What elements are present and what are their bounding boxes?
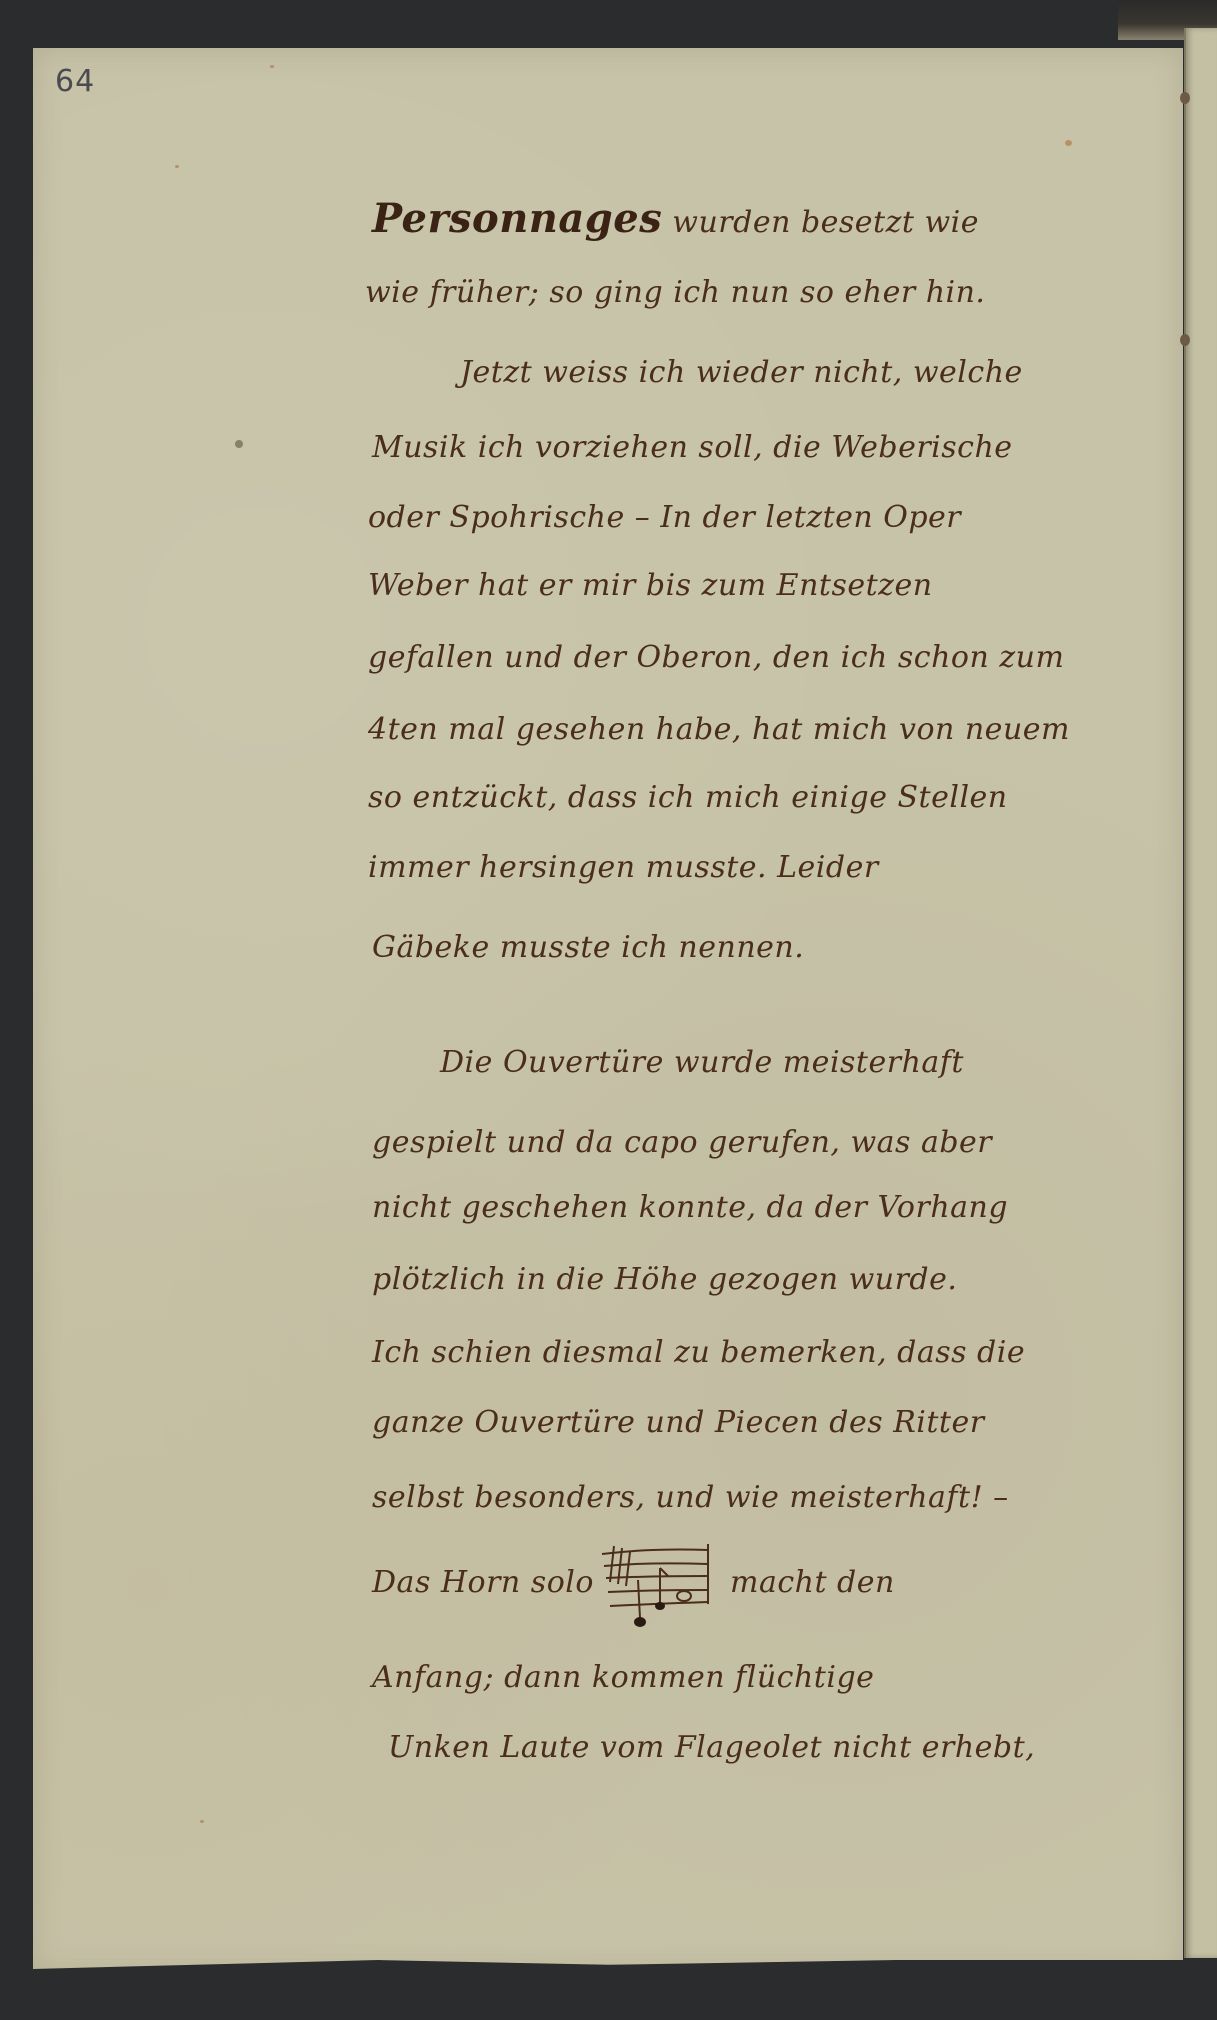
paper-speck xyxy=(1065,140,1072,146)
manuscript-line-8: 4ten mal gesehen habe, hat mich von neue… xyxy=(368,712,1070,747)
paper-speck xyxy=(200,1820,204,1823)
manuscript-line-19: Das Horn solo xyxy=(372,1565,594,1600)
binding-stitch xyxy=(1180,92,1190,104)
manuscript-line-13: gespielt und da capo gerufen, was aber xyxy=(372,1125,992,1160)
manuscript-line-4: Musik ich vorziehen soll, die Weberische xyxy=(372,430,1013,465)
manuscript-line-7: gefallen und der Oberon, den ich schon z… xyxy=(368,640,1064,675)
manuscript-line-6: Weber hat er mir bis zum Entsetzen xyxy=(368,568,933,603)
page-bottom-edge xyxy=(33,1960,1183,2020)
manuscript-line-16: Ich schien diesmal zu bemerken, dass die xyxy=(372,1335,1025,1370)
paper-stain xyxy=(235,440,243,448)
binding-stitch xyxy=(1180,334,1190,346)
manuscript-line-10: immer hersingen musste. Leider xyxy=(368,850,879,885)
emphasized-word: Personnages xyxy=(372,195,662,242)
manuscript-line-3: Jetzt weiss ich wieder nicht, welche xyxy=(460,355,1023,390)
manuscript-line-19-continued: macht den xyxy=(730,1565,895,1600)
manuscript-line-9: so entzückt, dass ich mich einige Stelle… xyxy=(368,780,1008,815)
music-notation-icon xyxy=(600,1540,710,1630)
page-number: 64 xyxy=(55,64,95,99)
manuscript-line-14: nicht geschehen konnte, da der Vorhang xyxy=(372,1190,1008,1225)
paper-speck xyxy=(270,65,274,68)
paper-speck xyxy=(175,165,179,168)
book-gutter-facing-page xyxy=(1184,28,1217,1958)
manuscript-line-17: ganze Ouvertüre und Piecen des Ritter xyxy=(372,1405,985,1440)
manuscript-line-12: Die Ouvertüre wurde meisterhaft xyxy=(440,1045,964,1080)
manuscript-line-5: oder Spohrische – In der letzten Oper xyxy=(368,500,961,535)
manuscript-line-1: Personnages wurden besetzt wie xyxy=(372,195,979,242)
manuscript-line-2: wie früher; so ging ich nun so eher hin. xyxy=(365,275,985,310)
manuscript-line-11: Gäbeke musste ich nennen. xyxy=(372,930,804,965)
manuscript-line-20: Anfang; dann kommen flüchtige xyxy=(372,1660,874,1695)
manuscript-line-18: selbst besonders, und wie meisterhaft! – xyxy=(372,1480,1009,1515)
manuscript-line-21: Unken Laute vom Flageolet nicht erhebt, xyxy=(388,1730,1035,1765)
manuscript-line-15: plötzlich in die Höhe gezogen wurde. xyxy=(372,1262,957,1297)
